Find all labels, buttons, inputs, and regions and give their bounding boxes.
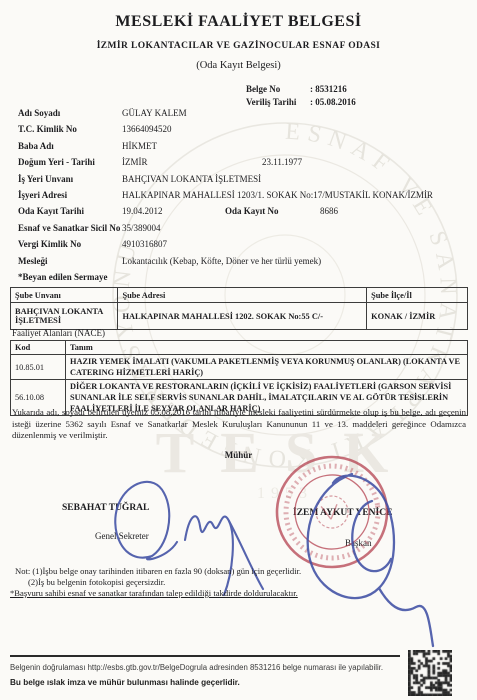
certificate-page: ESNAF VE SANATKARLARI KONFEDERASYONU TES… [0, 0, 477, 700]
field-value-2: 23.11.1977 [262, 157, 468, 167]
field-value: 13664094520 [122, 124, 468, 134]
nace-header-desc: Tanım [66, 341, 468, 355]
field-value: BAHÇIVAN LOKANTA İŞLETMESİ [122, 174, 468, 184]
field-value: İZMİR [122, 157, 262, 167]
branch-data-row: BAHÇIVAN LOKANTA İŞLETMESİ HALKAPINAR MA… [11, 303, 468, 330]
field-row-profession: Mesleği Lokantacılık (Kebap, Köfte, Döne… [18, 256, 468, 272]
president-name: İZEM AYKUT YENİCE [293, 508, 392, 518]
document-type: (Oda Kayıt Belgesi) [0, 60, 477, 71]
branch-cell-unvan: BAHÇIVAN LOKANTA İŞLETMESİ [11, 303, 118, 330]
nace-desc: HAZIR YEMEK İMALATI (VAKUMLA PAKETLENMİŞ… [66, 355, 468, 380]
branch-header-row: Şube Unvanı Şube Adresi Şube İlçe/İl [11, 288, 468, 303]
branch-cell-ilce: KONAK / İZMİR [367, 303, 468, 330]
field-value: 35/389004 [122, 223, 468, 233]
president-title: Başkan [345, 538, 372, 548]
nace-section-label: Faaliyet Alanları (NACE) [12, 328, 105, 338]
field-row-sicil: Esnaf ve Sanatkar Sicil No 35/389004 [18, 223, 468, 239]
verification-text: Belgenin doğrulaması http://esbs.gtb.gov… [10, 663, 402, 672]
field-value: GÜLAY KALEM [122, 108, 468, 118]
field-label: Esnaf ve Sanatkar Sicil No [18, 223, 122, 233]
field-label: Mesleği [18, 256, 122, 266]
field-row-name: Adı Soyadı GÜLAY KALEM [18, 108, 468, 124]
field-row-father: Baba Adı HİKMET [18, 141, 468, 157]
field-value: HALKAPINAR MAHALLESİ 1203/1. SOKAK No:17… [122, 190, 468, 200]
field-label: *Beyan edilen Sermaye [18, 272, 122, 282]
doc-no-label: Belge No [246, 84, 310, 97]
field-label: Adı Soyadı [18, 108, 122, 118]
secretary-title: Genel Sekreter [95, 531, 149, 541]
seal-label: Mühür [0, 450, 477, 460]
field-row-birth: Doğum Yeri - Tarihi İZMİR 23.11.1977 [18, 157, 468, 173]
watermark-year: 1953 [257, 485, 313, 502]
branch-header-adres: Şube Adresi [118, 288, 367, 303]
chamber-name: İZMİR LOKANTACILAR VE GAZİNOCULAR ESNAF … [0, 41, 477, 51]
statement-paragraph: Yukarıda adı, soyadı belirtilen üyemiz 0… [12, 407, 466, 442]
doc-no-row: Belge No : 8531216 [246, 84, 356, 97]
document-meta: Belge No : 8531216 Veriliş Tarihi : 05.0… [246, 84, 356, 110]
doc-no-value: : 8531216 [310, 84, 347, 97]
field-row-business-title: İş Yeri Unvanı BAHÇIVAN LOKANTA İŞLETMES… [18, 174, 468, 190]
field-value: Lokantacılık (Kebap, Köfte, Döner ve her… [122, 256, 468, 266]
nace-code: 10.85.01 [11, 355, 66, 380]
field-value: 19.04.2012 [122, 206, 225, 216]
field-label: Doğum Yeri - Tarihi [18, 157, 122, 167]
note-line: (2)İş bu belgenin fotokopisi geçersizdir… [15, 577, 301, 588]
nace-header-code: Kod [11, 341, 66, 355]
field-label: İşyeri Adresi [18, 190, 122, 200]
field-row-registration: Oda Kayıt Tarihi 19.04.2012 Oda Kayıt No… [18, 206, 468, 222]
branch-header-unvan: Şube Unvanı [11, 288, 118, 303]
branch-header-ilce: Şube İlçe/İl [367, 288, 468, 303]
validity-text: Bu belge ıslak imza ve mühür bulunması h… [10, 678, 402, 687]
field-value-2: 8686 [320, 206, 468, 216]
field-value: HİKMET [122, 141, 468, 151]
field-label: Oda Kayıt Tarihi [18, 206, 122, 216]
document-title: MESLEKİ FAALİYET BELGESİ [0, 13, 477, 31]
field-row-business-address: İşyeri Adresi HALKAPINAR MAHALLESİ 1203/… [18, 190, 468, 206]
field-label-2: Oda Kayıt No [225, 206, 320, 216]
secretary-name: SEBAHAT TUĞRAL [62, 503, 149, 513]
field-label: T.C. Kimlik No [18, 124, 122, 134]
note-line: Not: (1)İşbu belge onay tarihinden itiba… [15, 566, 301, 577]
field-label: İş Yeri Unvanı [18, 174, 122, 184]
branch-cell-adres: HALKAPINAR MAHALLESİ 1202. SOKAK No:55 C… [118, 303, 367, 330]
note-line: *Başvuru sahibi esnaf ve sanatkar tarafı… [10, 588, 301, 599]
info-fields: Adı Soyadı GÜLAY KALEM T.C. Kimlik No 13… [18, 108, 468, 288]
president-signature-icon [308, 474, 433, 646]
field-row-tc: T.C. Kimlik No 13664094520 [18, 124, 468, 140]
nace-table: Kod Tanım 10.85.01 HAZIR YEMEK İMALATI (… [10, 340, 468, 416]
field-row-tax: Vergi Kimlik No 4910316807 [18, 239, 468, 255]
field-label: Vergi Kimlik No [18, 239, 122, 249]
notes-block: Not: (1)İşbu belge onay tarihinden itiba… [15, 566, 301, 599]
nace-row: 10.85.01 HAZIR YEMEK İMALATI (VAKUMLA PA… [11, 355, 468, 380]
field-value: 4910316807 [122, 239, 468, 249]
field-row-capital: *Beyan edilen Sermaye [18, 272, 468, 288]
branch-table: Şube Unvanı Şube Adresi Şube İlçe/İl BAH… [10, 287, 468, 330]
datamatrix-code-icon [408, 650, 452, 696]
nace-header-row: Kod Tanım [11, 341, 468, 355]
footer-divider [10, 655, 400, 657]
field-label: Baba Adı [18, 141, 122, 151]
